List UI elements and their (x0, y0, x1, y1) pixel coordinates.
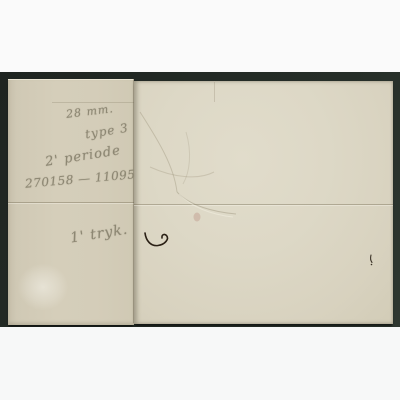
ink-tick-mark (371, 255, 372, 263)
marks-overlay (0, 72, 400, 327)
wrinkle-line (140, 112, 177, 192)
wrinkle-highlight (179, 194, 233, 217)
ink-dot (371, 264, 373, 266)
bottom-margin (0, 327, 400, 400)
photo-background: 28 mm. type 3 2' periode 270158 — 11095 … (0, 72, 400, 327)
red-smudge (194, 213, 201, 222)
top-margin (0, 0, 400, 72)
wrinkle-line (150, 167, 214, 177)
ink-squiggle-mark (145, 233, 167, 246)
